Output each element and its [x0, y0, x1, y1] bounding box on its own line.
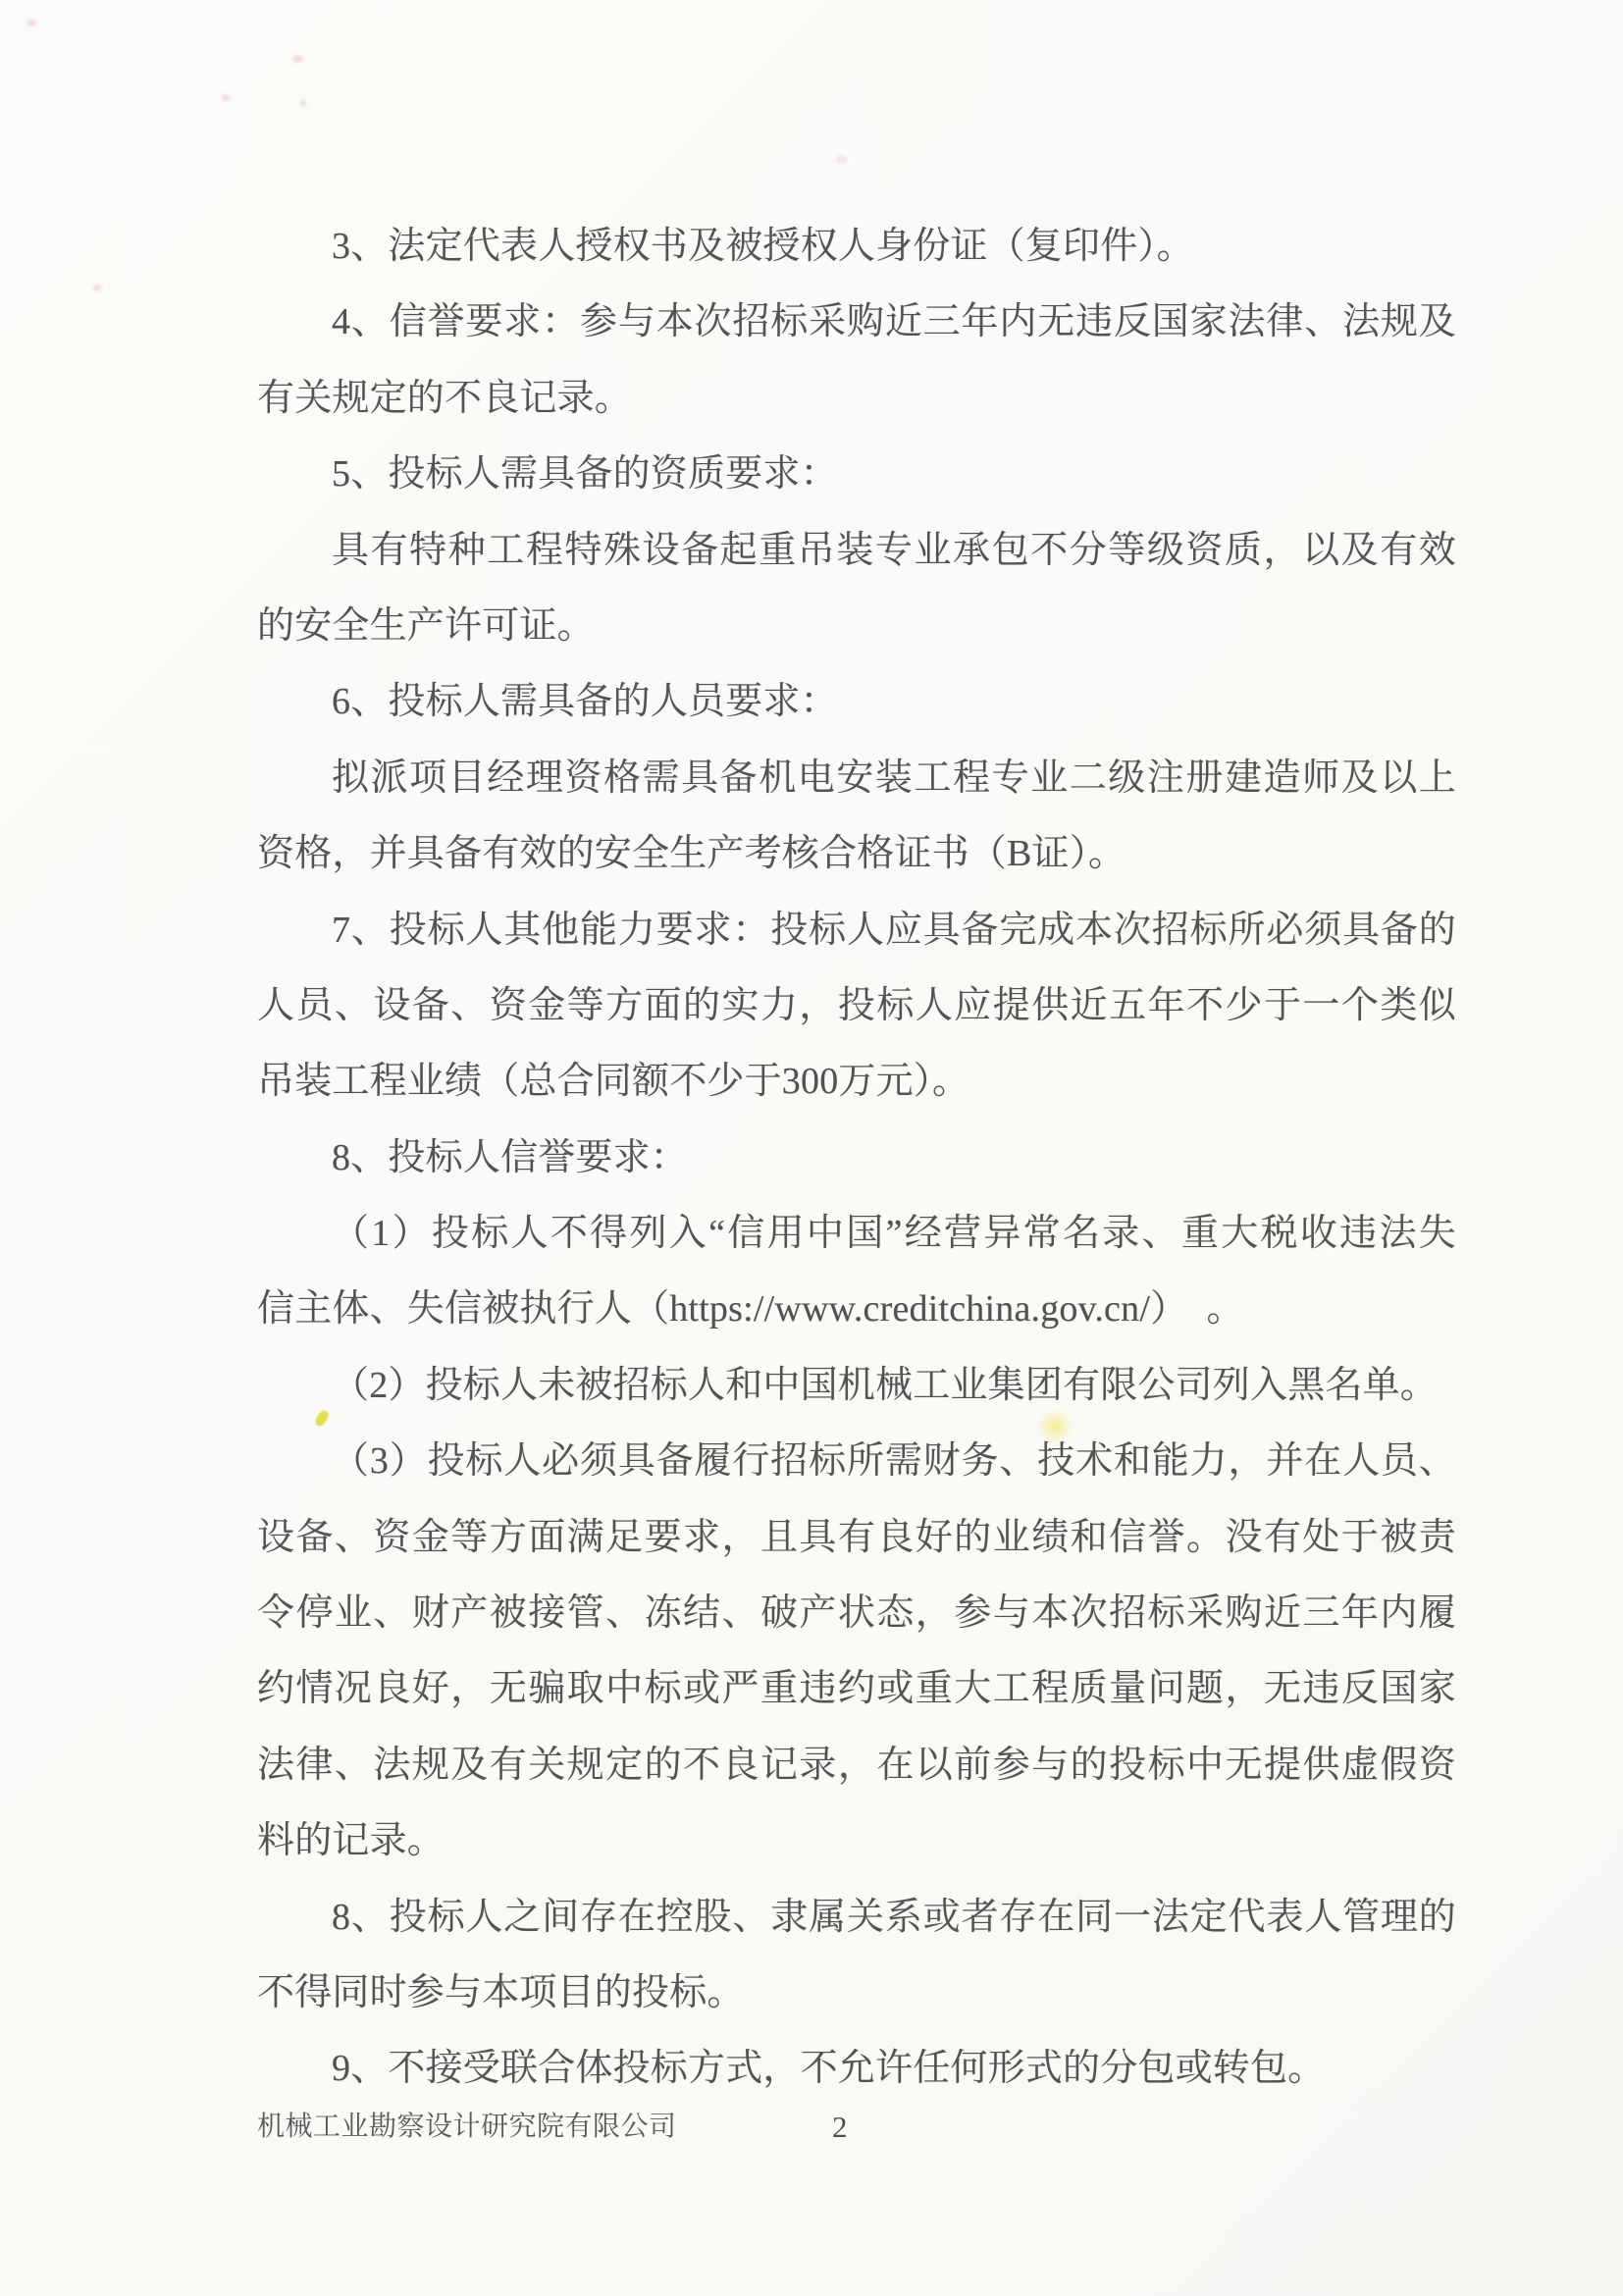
text-line: 人员、设备、资金等方面的实力，投标人应提供近五年不少于一个类似: [257, 968, 1456, 1044]
text-line: 不得同时参与本项目的投标。: [257, 1956, 1456, 2031]
scan-speck: [222, 94, 230, 101]
document-page: 3、法定代表人授权书及被授权人身份证（复印件）。4、信誉要求：参与本次招标采购近…: [0, 0, 1623, 2296]
scan-speck: [836, 155, 848, 164]
text-line: 设备、资金等方面满足要求，且具有良好的业绩和信誉。没有处于被责: [257, 1500, 1456, 1576]
scan-speck: [93, 285, 101, 291]
footer-page-number: 2: [832, 2106, 848, 2149]
text-line: 具有特种工程特殊设备起重吊装专业承包不分等级资质，以及有效: [257, 513, 1456, 589]
text-line: 9、不接受联合体投标方式，不允许任何形式的分包或转包。: [257, 2031, 1456, 2107]
text-line: 8、投标人之间存在控股、隶属关系或者存在同一法定代表人管理的: [257, 1880, 1456, 1956]
text-line: （1）投标人不得列入“信用中国”经营异常名录、重大税收违法失: [257, 1196, 1456, 1272]
scan-speck: [300, 100, 306, 106]
text-line: 的安全生产许可证。: [257, 589, 1456, 664]
text-line: 5、投标人需具备的资质要求：: [257, 437, 1456, 512]
text-line: 6、投标人需具备的人员要求：: [257, 664, 1456, 740]
text-line: 7、投标人其他能力要求：投标人应具备完成本次招标所必须具备的: [257, 893, 1456, 968]
text-line: 拟派项目经理资格需具备机电安装工程专业二级注册建造师及以上: [257, 741, 1456, 816]
text-line: 约情况良好，无骗取中标或严重违约或重大工程质量问题，无违反国家: [257, 1651, 1456, 1727]
text-line: 8、投标人信誉要求：: [257, 1121, 1456, 1196]
text-line: 3、法定代表人授权书及被授权人身份证（复印件）。: [257, 209, 1456, 285]
scan-speck: [27, 20, 36, 26]
text-line: 料的记录。: [257, 1803, 1456, 1879]
footer-company-name: 机械工业勘察设计研究院有限公司: [257, 2106, 677, 2149]
text-line: 令停业、财产被接管、冻结、破产状态，参与本次招标采购近三年内履: [257, 1576, 1456, 1651]
scan-speck: [292, 55, 303, 63]
text-line: 4、信誉要求：参与本次招标采购近三年内无违反国家法律、法规及: [257, 285, 1456, 360]
text-line: 资格，并具备有效的安全生产考核合格证书（B证）。: [257, 816, 1456, 892]
text-line: 法律、法规及有关规定的不良记录，在以前参与的投标中无提供虚假资: [257, 1728, 1456, 1803]
page-footer: 机械工业勘察设计研究院有限公司 2: [257, 2106, 1456, 2149]
text-line: 信主体、失信被执行人（https://www.creditchina.gov.c…: [257, 1272, 1456, 1347]
text-line: （2）投标人未被招标人和中国机械工业集团有限公司列入黑名单。: [257, 1348, 1456, 1424]
text-line: 吊装工程业绩（总合同额不少于300万元）。: [257, 1044, 1456, 1120]
text-line: 有关规定的不良记录。: [257, 361, 1456, 437]
text-line: （3）投标人必须具备履行招标所需财务、技术和能力，并在人员、: [257, 1424, 1456, 1499]
document-body: 3、法定代表人授权书及被授权人身份证（复印件）。4、信誉要求：参与本次招标采购近…: [257, 209, 1456, 2108]
